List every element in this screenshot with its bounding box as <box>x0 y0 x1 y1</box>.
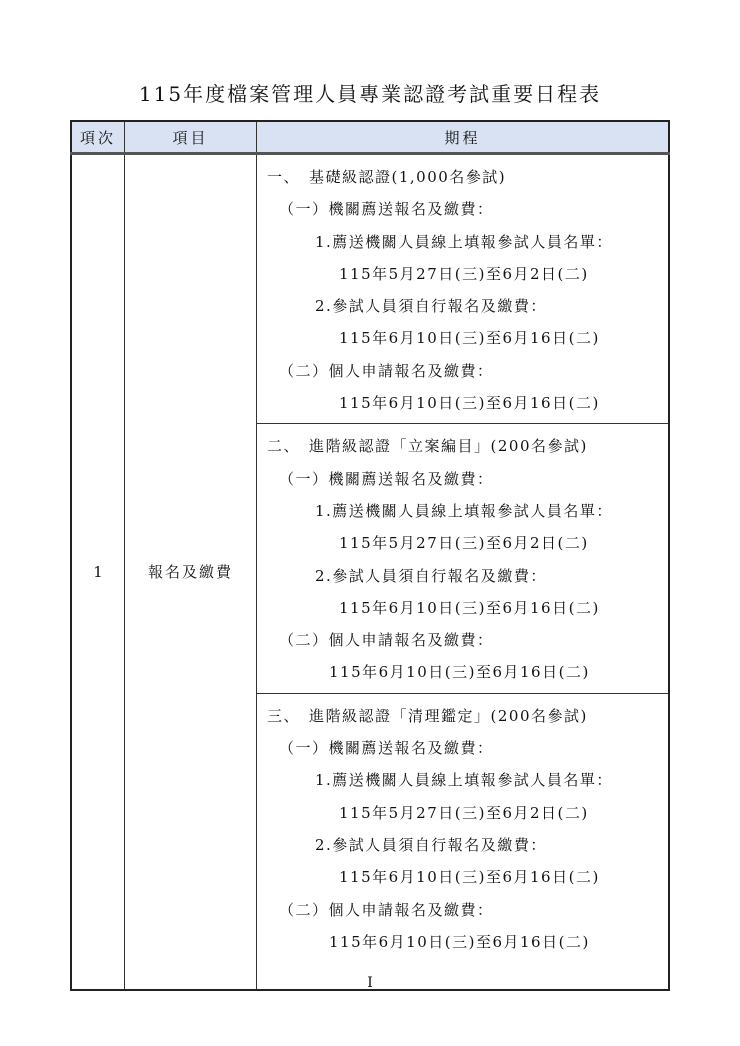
list-item: 1.薦送機關人員線上填報參試人員名單： <box>257 495 668 527</box>
row-item: 報名及繳費 <box>125 154 257 990</box>
section-heading: 三、 進階級認證「清理鑑定」(200名參試) <box>257 700 668 732</box>
date-range: 115年5月27日(三)至6月2日(二) <box>257 527 668 559</box>
date-range: 115年5月27日(三)至6月2日(二) <box>257 258 668 290</box>
document-title: 115年度檔案管理人員專業認證考試重要日程表 <box>0 78 740 107</box>
schedule-section-advanced-cataloging: 二、 進階級認證「立案編目」(200名參試) （一）機關薦送報名及繳費： 1.薦… <box>257 424 668 693</box>
list-item: 1.薦送機關人員線上填報參試人員名單： <box>257 226 668 258</box>
date-range: 115年6月10日(三)至6月16日(二) <box>257 861 668 893</box>
list-item: 2.參試人員須自行報名及繳費： <box>257 290 668 322</box>
sub-heading: （二）個人申請報名及繳費： <box>257 355 668 387</box>
table-header-row: 項次 項目 期程 <box>71 121 669 154</box>
section-heading: 一、 基礎級認證(1,000名參試) <box>257 161 668 193</box>
section-heading: 二、 進階級認證「立案編目」(200名參試) <box>257 430 668 462</box>
sub-heading: （一）機關薦送報名及繳費： <box>257 193 668 225</box>
list-item: 2.參試人員須自行報名及繳費： <box>257 829 668 861</box>
sub-heading: （二）個人申請報名及繳費： <box>257 624 668 656</box>
row-index: 1 <box>71 154 125 990</box>
header-index: 項次 <box>71 121 125 154</box>
schedule-section-advanced-appraisal: 三、 進階級認證「清理鑑定」(200名參試) （一）機關薦送報名及繳費： 1.薦… <box>257 694 668 989</box>
sub-heading: （一）機關薦送報名及繳費： <box>257 463 668 495</box>
date-range: 115年6月10日(三)至6月16日(二) <box>257 926 668 958</box>
list-item: 2.參試人員須自行報名及繳費： <box>257 560 668 592</box>
row-schedule: 一、 基礎級認證(1,000名參試) （一）機關薦送報名及繳費： 1.薦送機關人… <box>257 154 670 990</box>
sub-heading: （二）個人申請報名及繳費： <box>257 894 668 926</box>
date-range: 115年6月10日(三)至6月16日(二) <box>257 387 668 419</box>
date-range: 115年6月10日(三)至6月16日(二) <box>257 592 668 624</box>
page-number: I <box>0 975 740 991</box>
sub-heading: （一）機關薦送報名及繳費： <box>257 732 668 764</box>
date-range: 115年6月10日(三)至6月16日(二) <box>257 656 668 688</box>
list-item: 1.薦送機關人員線上填報參試人員名單： <box>257 764 668 796</box>
schedule-table: 項次 項目 期程 1 報名及繳費 一、 基礎級認證(1,000名參試) （一）機… <box>70 120 670 991</box>
date-range: 115年5月27日(三)至6月2日(二) <box>257 797 668 829</box>
header-item: 項目 <box>125 121 257 154</box>
schedule-section-basic: 一、 基礎級認證(1,000名參試) （一）機關薦送報名及繳費： 1.薦送機關人… <box>257 155 668 424</box>
date-range: 115年6月10日(三)至6月16日(二) <box>257 322 668 354</box>
table-row: 1 報名及繳費 一、 基礎級認證(1,000名參試) （一）機關薦送報名及繳費：… <box>71 154 669 990</box>
header-schedule: 期程 <box>257 121 670 154</box>
